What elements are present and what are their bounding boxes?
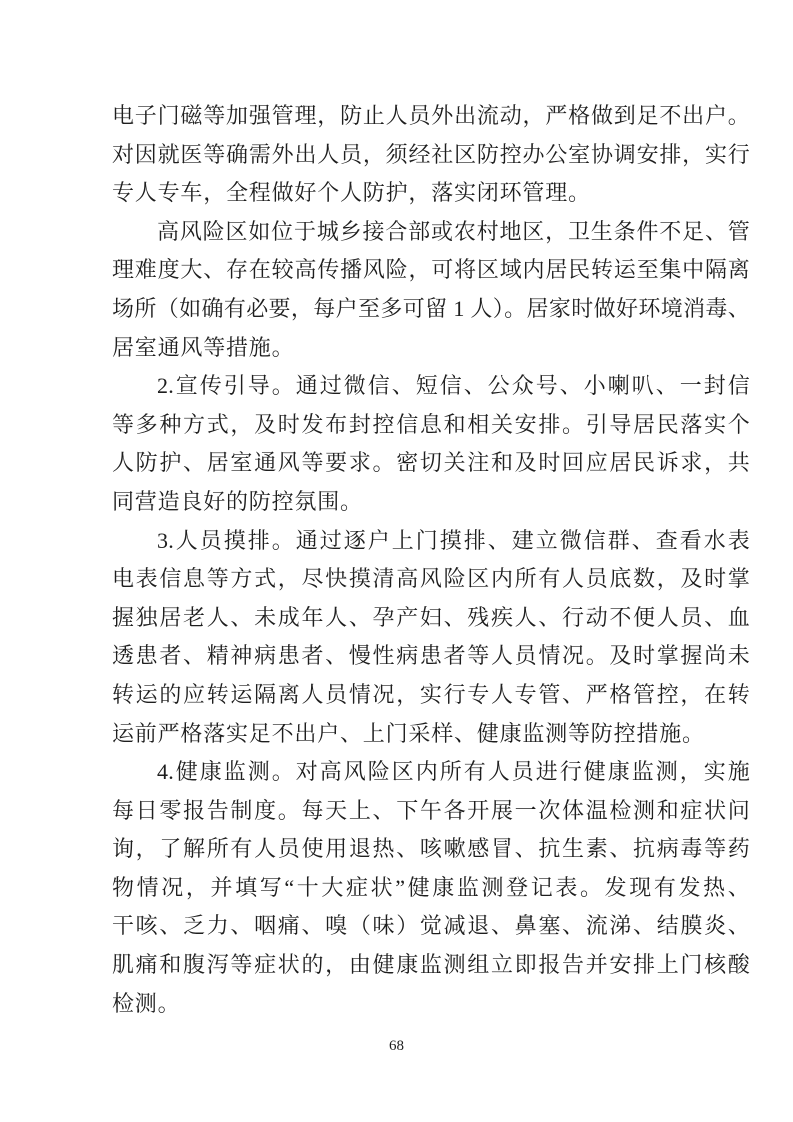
text-line: 理难度大、存在较高传播风险，可将区域内居民转运至集中隔离	[112, 251, 750, 290]
document-body: 电子门磁等加强管理，防止人员外出流动，严格做到足不出户。对因就医等确需外出人员，…	[112, 97, 750, 1023]
text-line: 运前严格落实足不出户、上门采样、健康监测等防控措施。	[112, 715, 750, 754]
text-line: 电表信息等方式，尽快摸清高风险区内所有人员底数，及时掌	[112, 560, 750, 599]
text-line: 等多种方式，及时发布封控信息和相关安排。引导居民落实个	[112, 406, 750, 445]
paragraph: 4.健康监测。对高风险区内所有人员进行健康监测，实施每日零报告制度。每天上、下午…	[112, 753, 750, 1023]
page-number: 68	[0, 1036, 793, 1056]
text-line: 电子门磁等加强管理，防止人员外出流动，严格做到足不出户。	[112, 97, 750, 136]
text-line: 居室通风等措施。	[112, 329, 750, 368]
text-line: 2.宣传引导。通过微信、短信、公众号、小喇叭、一封信	[112, 367, 750, 406]
text-line: 转运的应转运隔离人员情况，实行专人专管、严格管控，在转	[112, 676, 750, 715]
text-line: 4.健康监测。对高风险区内所有人员进行健康监测，实施	[112, 753, 750, 792]
text-line: 检测。	[112, 985, 750, 1024]
text-line: 专人专车，全程做好个人防护，落实闭环管理。	[112, 174, 750, 213]
text-line: 人防护、居室通风等要求。密切关注和及时回应居民诉求，共	[112, 444, 750, 483]
document-page: 电子门磁等加强管理，防止人员外出流动，严格做到足不出户。对因就医等确需外出人员，…	[0, 0, 793, 1122]
text-line: 每日零报告制度。每天上、下午各开展一次体温检测和症状问	[112, 792, 750, 831]
text-line: 肌痛和腹泻等症状的，由健康监测组立即报告并安排上门核酸	[112, 946, 750, 985]
text-line: 询，了解所有人员使用退热、咳嗽感冒、抗生素、抗病毒等药	[112, 830, 750, 869]
text-line: 握独居老人、未成年人、孕产妇、残疾人、行动不便人员、血	[112, 599, 750, 638]
paragraph: 3.人员摸排。通过逐户上门摸排、建立微信群、查看水表电表信息等方式，尽快摸清高风…	[112, 522, 750, 754]
text-line: 干咳、乏力、咽痛、嗅（味）觉减退、鼻塞、流涕、结膜炎、	[112, 907, 750, 946]
paragraph: 高风险区如位于城乡接合部或农村地区，卫生条件不足、管理难度大、存在较高传播风险，…	[112, 213, 750, 367]
text-line: 物情况，并填写“十大症状”健康监测登记表。发现有发热、	[112, 869, 750, 908]
paragraph: 电子门磁等加强管理，防止人员外出流动，严格做到足不出户。对因就医等确需外出人员，…	[112, 97, 750, 213]
paragraph: 2.宣传引导。通过微信、短信、公众号、小喇叭、一封信等多种方式，及时发布封控信息…	[112, 367, 750, 521]
text-line: 3.人员摸排。通过逐户上门摸排、建立微信群、查看水表	[112, 522, 750, 561]
text-line: 高风险区如位于城乡接合部或农村地区，卫生条件不足、管	[112, 213, 750, 252]
text-line: 同营造良好的防控氛围。	[112, 483, 750, 522]
text-line: 透患者、精神病患者、慢性病患者等人员情况。及时掌握尚未	[112, 637, 750, 676]
text-line: 对因就医等确需外出人员，须经社区防控办公室协调安排，实行	[112, 136, 750, 175]
text-line: 场所（如确有必要，每户至多可留 1 人）。居家时做好环境消毒、	[112, 290, 750, 329]
